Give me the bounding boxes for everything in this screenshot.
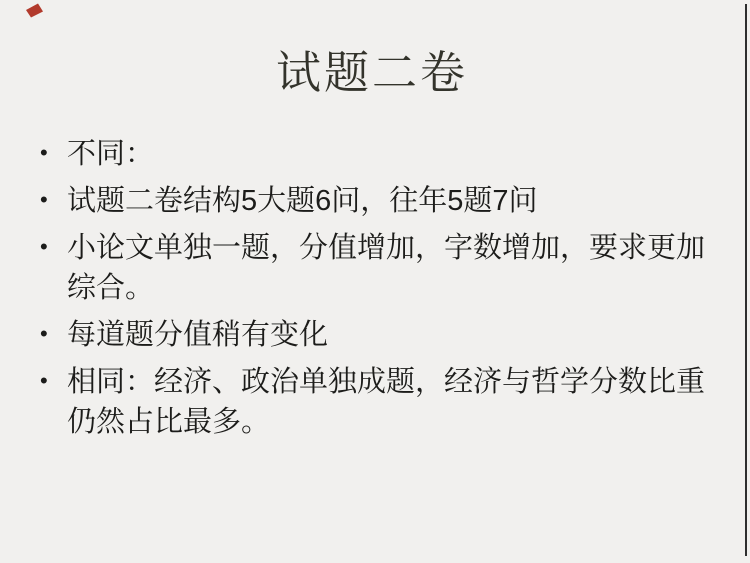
bullet-item-1: • 不同：: [40, 134, 708, 174]
bullet-list: • 不同： • 试题二卷结构5大题6问，往年5题7问 • 小论文单独一题，分值增…: [40, 134, 708, 449]
red-corner-mark: [25, 3, 44, 18]
bullet-dot-icon: •: [40, 314, 48, 354]
bullet-text-3: 小论文单独一题，分值增加，字数增加，要求更加综合。: [67, 232, 705, 304]
bullet-dot-icon: •: [40, 227, 48, 267]
bullet-text-5: 相同：经济、政治单独成题，经济与哲学分数比重仍然占比最多。: [67, 366, 705, 438]
bullet-text-4: 每道题分值稍有变化: [67, 319, 328, 351]
bullet-item-3: • 小论文单独一题，分值增加，字数增加，要求更加综合。: [40, 228, 708, 308]
bullet-dot-icon: •: [40, 180, 48, 220]
bullet-dot-icon: •: [40, 361, 48, 401]
bullet-item-2: • 试题二卷结构5大题6问，往年5题7问: [40, 181, 708, 221]
bullet-item-5: • 相同：经济、政治单独成题，经济与哲学分数比重仍然占比最多。: [40, 362, 708, 442]
presentation-slide: 试题二卷 • 不同： • 试题二卷结构5大题6问，往年5题7问 • 小论文单独一…: [0, 0, 750, 563]
right-edge-line: [745, 4, 747, 556]
slide-title: 试题二卷: [0, 36, 744, 101]
bullet-text-2: 试题二卷结构5大题6问，往年5题7问: [67, 185, 538, 217]
bullet-text-1: 不同：: [67, 138, 154, 170]
bullet-dot-icon: •: [40, 133, 48, 173]
bullet-item-4: • 每道题分值稍有变化: [40, 315, 708, 355]
